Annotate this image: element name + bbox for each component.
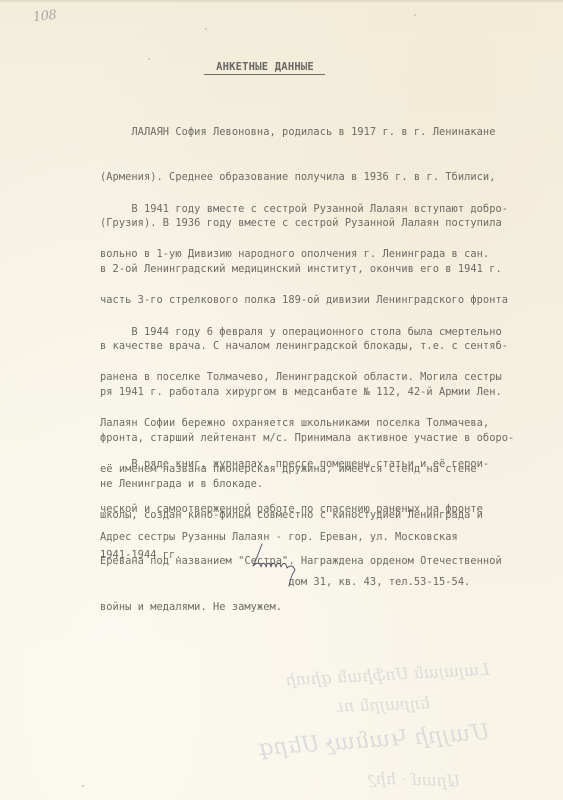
document-page: 108 АНКЕТНЫЕ ДАННЫЕ ЛАЛАЯН София Левонов… <box>0 0 563 800</box>
address-block: Адрес сестры Рузанны Лалаян - гор. Ерева… <box>100 499 540 621</box>
paper-edge <box>0 0 563 3</box>
paper-speck <box>205 28 207 30</box>
text-line: Адрес сестры Рузанны Лалаян - гор. Ерева… <box>100 530 540 545</box>
handwritten-signature <box>248 540 308 590</box>
text-line: В ряде книг, журналах, прессе помещены с… <box>100 457 540 472</box>
text-line: дом 31, кв. 43, тел.53-15-54. <box>100 575 540 590</box>
paper-speck <box>414 14 416 16</box>
text-line: ЛАЛАЯН София Левоновна, родилась в 1917 … <box>100 125 540 140</box>
paper-speck <box>82 785 84 787</box>
text-line: В 1941 году вместе с сестрой Рузанной Ла… <box>100 202 540 217</box>
text-line: В 1944 году 6 февраля у операционного ст… <box>100 325 540 340</box>
title-underline <box>204 74 325 75</box>
archive-page-number: 108 <box>32 8 57 25</box>
document-title: АНКЕТНЫЕ ДАННЫЕ <box>205 61 325 73</box>
text-line: вольно в 1-ую Дивизию народного ополчени… <box>100 247 540 262</box>
text-line: ранена в поселке Толмачево, Ленинградско… <box>100 370 540 385</box>
reverse-side-bleed-through: Լալայան Սոֆիան գիտի եղբայրն ու Մայրի Կան… <box>150 660 530 800</box>
paper-speck <box>148 58 150 60</box>
